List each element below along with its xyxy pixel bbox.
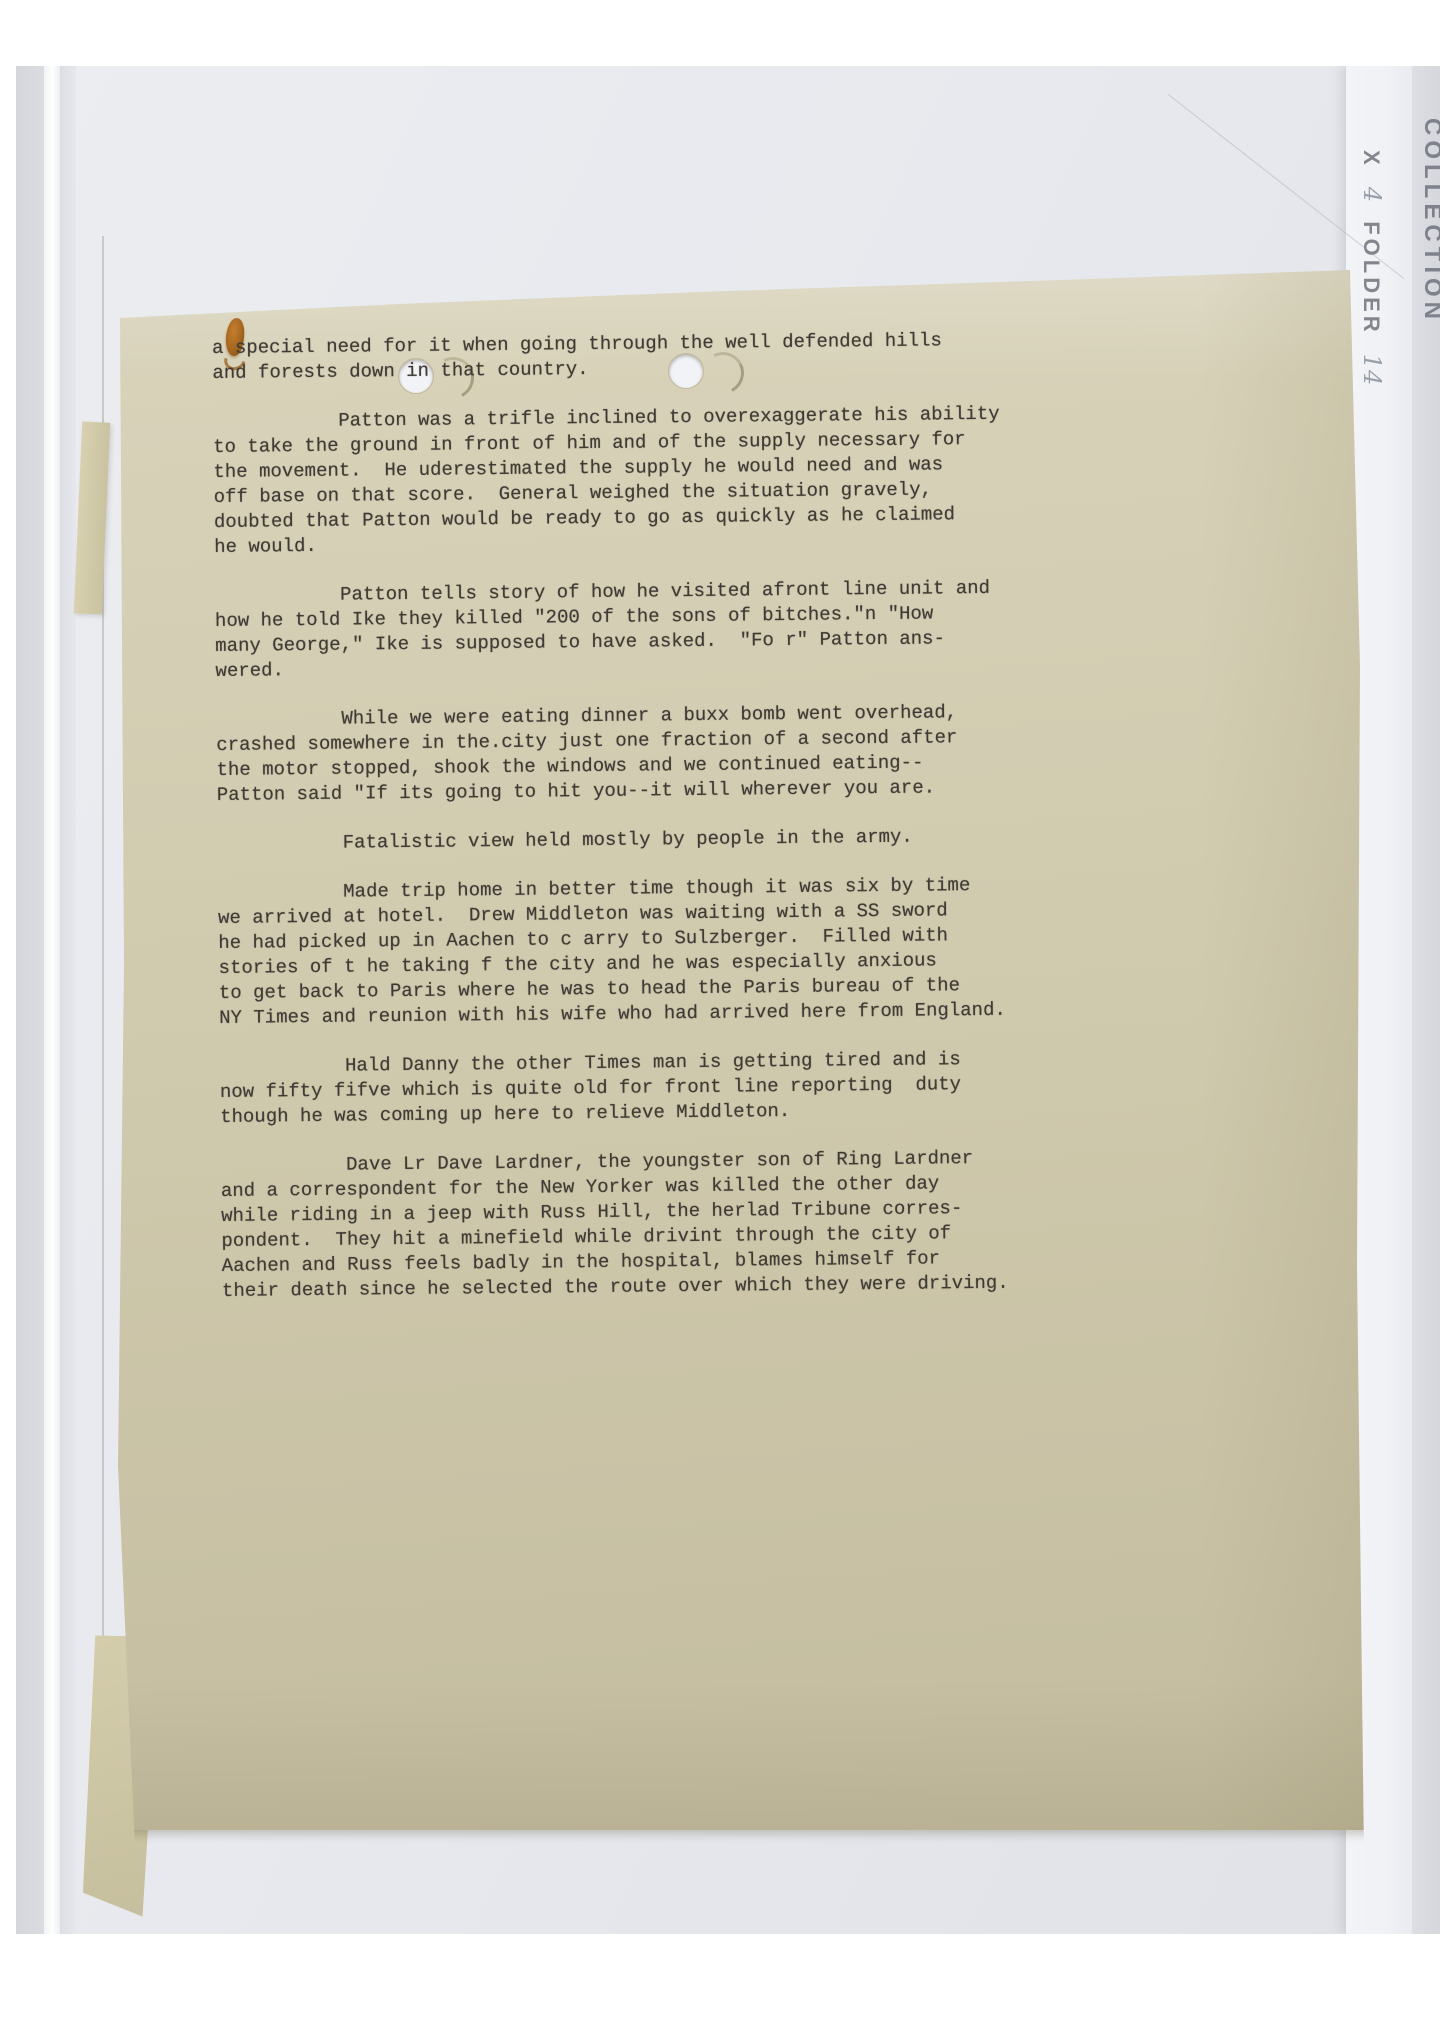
folder-stamp: FOLDER <box>1359 221 1384 335</box>
box-number-handwritten: 4 <box>1358 179 1386 211</box>
typed-line: Fatalistic view held mostly by people in… <box>217 823 1027 856</box>
document-page: a special need for it when going through… <box>110 200 1380 1830</box>
paragraph: While we were eating dinner a buxx bomb … <box>216 699 1027 807</box>
paragraph: Fatalistic view held mostly by people in… <box>217 823 1027 856</box>
folder-number-handwritten: 14 <box>1358 346 1386 395</box>
typewritten-text: a special need for it when going through… <box>212 328 1032 1304</box>
paragraph: a special need for it when going through… <box>212 328 1022 386</box>
pencil-speck <box>198 295 207 301</box>
page-shading <box>110 1680 1380 1830</box>
paragraph: Patton was a trifle inclined to overexag… <box>213 402 1025 560</box>
photo-of-document: COLLECTION X 4 FOLDER 14 a special need … <box>16 66 1440 1934</box>
folder-label: X 4 FOLDER 14 <box>1352 150 1386 410</box>
paragraph: Patton tells story of how he visited afr… <box>215 576 1026 684</box>
photo-left-shadow-strip <box>16 66 44 1934</box>
paragraph: Dave Lr Dave Lardner, the youngster son … <box>221 1145 1033 1303</box>
backing-sheet-fold-shade <box>60 66 76 1934</box>
backing-sheet-fold-highlight <box>44 66 60 1934</box>
box-stamp-partial: X <box>1359 150 1384 169</box>
page-fragment-left <box>74 421 110 614</box>
collection-stamp: COLLECTION <box>1412 118 1440 438</box>
paragraph: Hald Danny the other Times man is gettin… <box>220 1046 1031 1129</box>
paragraph: Made trip home in better time though it … <box>218 872 1030 1030</box>
pencil-speck <box>270 294 274 298</box>
page-shading <box>1200 200 1380 1830</box>
pencil-speck <box>249 286 256 297</box>
